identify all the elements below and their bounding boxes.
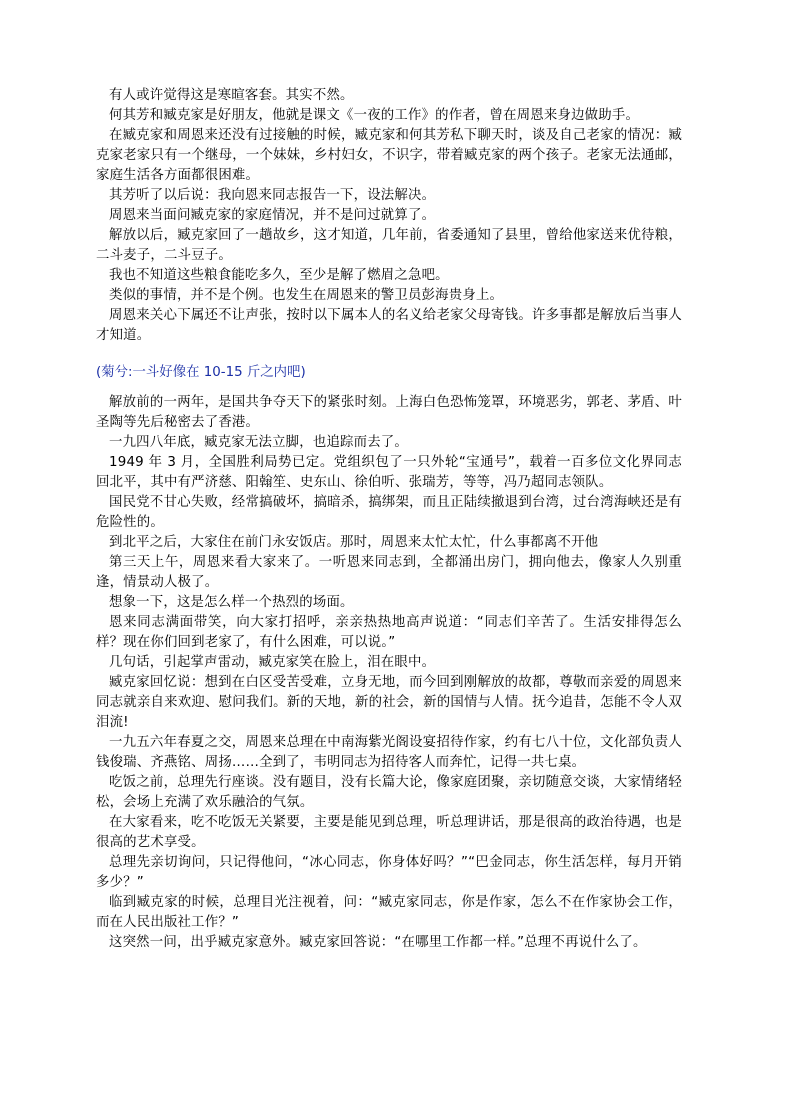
section-2: 解放前的一两年，是国共争夺天下的紧张时刻。上海白色恐怖笼罩，环境恶劣，郭老、茅盾… — [96, 393, 682, 953]
paragraph: 臧克家回忆说：想到在白区受苦受难，立身无地，而今回到刚解放的故都，尊敬而亲爱的周… — [96, 673, 682, 733]
paragraph: 临到臧克家的时候，总理目光注视着，问：“臧克家同志，你是作家，怎么不在作家协会工… — [96, 893, 682, 933]
paragraph: 周恩来关心下属还不让声张，按时以下属本人的名义给老家父母寄钱。许多事都是解放后当… — [96, 306, 682, 346]
document-page: 有人或许觉得这是寒暄客套。其实不然。 何其芳和臧克家是好朋友，他就是课文《一夜的… — [96, 86, 682, 953]
paragraph: 国民党不甘心失败，经常搞破坏，搞暗杀，搞绑架，而且正陆续撤退到台湾，过台湾海峡还… — [96, 493, 682, 533]
paragraph: 到北平之后，大家住在前门永安饭店。那时，周恩来太忙太忙，什么事都离不开他 — [96, 533, 682, 553]
paragraph: 1949 年 3 月，全国胜利局势已定。党组织包了一只外轮“宝通号”，载着一百多… — [96, 453, 682, 493]
paragraph: 吃饭之前，总理先行座谈。没有题目，没有长篇大论，像家庭团聚，亲切随意交谈，大家情… — [96, 773, 682, 813]
editor-note: (菊兮:一斗好像在 10-15 斤之内吧) — [96, 363, 682, 383]
paragraph: 我也不知道这些粮食能吃多久，至少是解了燃眉之急吧。 — [96, 266, 682, 286]
paragraph: 何其芳和臧克家是好朋友，他就是课文《一夜的工作》的作者，曾在周恩来身边做助手。 — [96, 106, 682, 126]
paragraph: 在臧克家和周恩来还没有过接触的时候，臧克家和何其芳私下聊天时，谈及自己老家的情况… — [96, 126, 682, 186]
paragraph: 总理先亲切询问，只记得他问，“冰心同志，你身体好吗？”“巴金同志，你生活怎样，每… — [96, 853, 682, 893]
paragraph: 类似的事情，并不是个例。也发生在周恩来的警卫员彭海贵身上。 — [96, 286, 682, 306]
paragraph: 解放以后，臧克家回了一趟故乡，这才知道，几年前，省委通知了县里，曾给他家送来优待… — [96, 226, 682, 266]
paragraph: 有人或许觉得这是寒暄客套。其实不然。 — [96, 86, 682, 106]
paragraph: 其芳听了以后说：我向恩来同志报告一下，设法解决。 — [96, 186, 682, 206]
paragraph: 这突然一问，出乎臧克家意外。臧克家回答说：“在哪里工作都一样。”总理不再说什么了… — [96, 933, 682, 953]
paragraph: 第三天上午，周恩来看大家来了。一听恩来同志到，全都涌出房门，拥向他去，像家人久别… — [96, 553, 682, 593]
paragraph: 想象一下，这是怎么样一个热烈的场面。 — [96, 593, 682, 613]
paragraph: 几句话，引起掌声雷动，臧克家笑在脸上，泪在眼中。 — [96, 653, 682, 673]
paragraph: 周恩来当面问臧克家的家庭情况，并不是问过就算了。 — [96, 206, 682, 226]
paragraph: 恩来同志满面带笑，向大家打招呼，亲亲热热地高声说道：“同志们辛苦了。生活安排得怎… — [96, 613, 682, 653]
paragraph: 解放前的一两年，是国共争夺天下的紧张时刻。上海白色恐怖笼罩，环境恶劣，郭老、茅盾… — [96, 393, 682, 433]
section-1: 有人或许觉得这是寒暄客套。其实不然。 何其芳和臧克家是好朋友，他就是课文《一夜的… — [96, 86, 682, 346]
paragraph: 一九四八年底，臧克家无法立脚，也追踪而去了。 — [96, 433, 682, 453]
paragraph: 一九五六年春夏之交，周恩来总理在中南海紫光阁设宴招待作家，约有七八十位，文化部负… — [96, 733, 682, 773]
paragraph: 在大家看来，吃不吃饭无关紧要，主要是能见到总理，听总理讲话，那是很高的政治待遇，… — [96, 813, 682, 853]
